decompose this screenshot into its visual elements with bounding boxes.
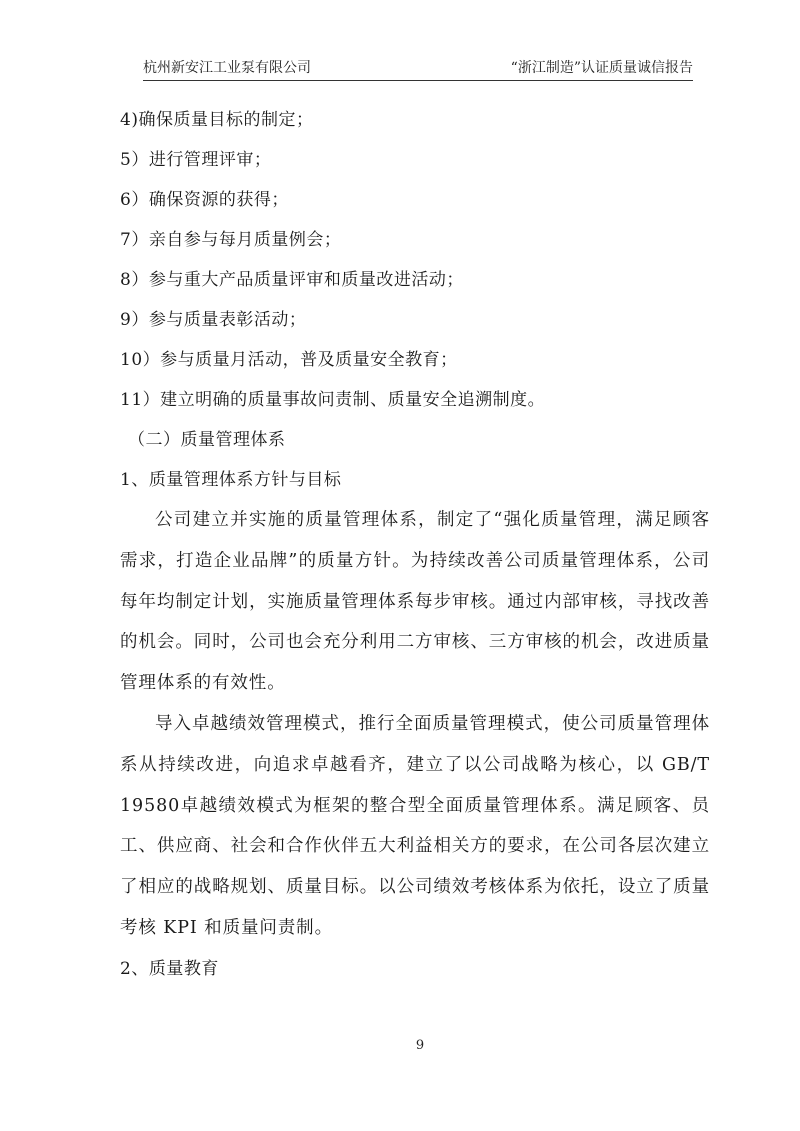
paragraph-quality-policy: 公司建立并实施的质量管理体系，制定了“强化质量管理，满足顾客需求，打造企业品牌”… <box>120 500 710 704</box>
list-item: 5）进行管理评审； <box>120 140 710 180</box>
list-item: 4)确保质量目标的制定； <box>120 100 710 140</box>
page-header: 杭州新安江工业泵有限公司 “浙江制造”认证质量诚信报告 <box>143 58 693 81</box>
document-body: 4)确保质量目标的制定； 5）进行管理评审； 6）确保资源的获得； 7）亲自参与… <box>120 100 710 989</box>
header-company-name: 杭州新安江工业泵有限公司 <box>143 58 311 78</box>
subsection-heading: 2、质量教育 <box>120 949 710 989</box>
list-item: 7）亲自参与每月质量例会； <box>120 220 710 260</box>
list-item: 10）参与质量月活动，普及质量安全教育； <box>120 340 710 380</box>
paragraph-performance-excellence: 导入卓越绩效管理模式，推行全面质量管理模式，使公司质量管理体系从持续改进，向追求… <box>120 704 710 949</box>
list-item: 9）参与质量表彰活动； <box>120 300 710 340</box>
page-number: 9 <box>0 1038 800 1053</box>
list-item: 11）建立明确的质量事故问责制、质量安全追溯制度。 <box>120 380 710 420</box>
list-item: 6）确保资源的获得； <box>120 180 710 220</box>
section-heading: （二）质量管理体系 <box>120 420 710 460</box>
list-item: 8）参与重大产品质量评审和质量改进活动； <box>120 260 710 300</box>
header-report-title: “浙江制造”认证质量诚信报告 <box>511 58 693 78</box>
subsection-heading: 1、质量管理体系方针与目标 <box>120 460 710 500</box>
